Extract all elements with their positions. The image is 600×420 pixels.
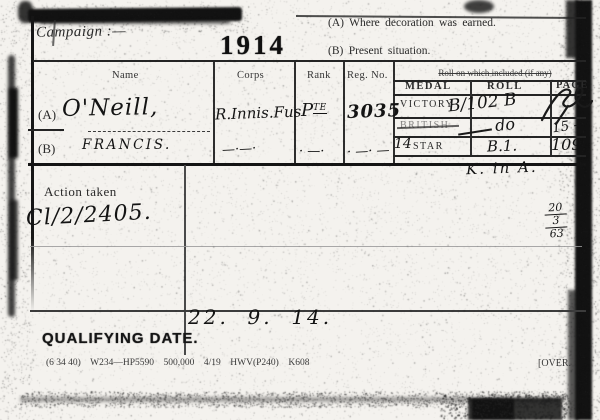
bottom-right-blot-core [472,399,514,419]
qualifying-date-value: 22. 9. 14. [188,305,332,329]
decoration-earned-note: (A) Where decoration was earned. [328,17,496,29]
col-header-name: Name [112,70,139,81]
table-top-rule [33,60,586,62]
star-medal-label: STAR [413,141,444,152]
col-header-corps: Corps [237,70,264,81]
reg-no-value: 3035 [347,100,402,123]
col-header-reg-no: Reg. No. [347,70,388,81]
surname-value: O'Neill, [62,94,159,122]
star-page-value: 109. [551,135,587,154]
rank-value: PTE [301,100,327,121]
torn-left-edge-dark [9,88,18,158]
row-b-rank-ditto: · —· [299,144,324,159]
row-b-corps-ditto: —·—· [222,141,257,158]
row-b-reg-ditto: · —· — [347,143,390,160]
british-roll-ditto: do [494,114,516,135]
corps-value: R.Innis.Fus [215,102,302,123]
torn-right-edge-bump-top [566,0,578,58]
victory-medal-label: VICTORY [400,99,454,110]
medal-roll-divider [470,81,472,155]
row-a-label: (A) [38,107,56,123]
rank-initial: P [301,100,313,121]
torn-left-edge-mid [10,200,18,280]
medal-col-header: MEDAL [405,81,452,92]
over-note: [OVER. [538,358,571,369]
action-section-divider [184,165,186,355]
action-writing-line [30,246,582,247]
print-code: (6 34 40) W234—HP5590 500,000 4/19 HWV(P… [46,358,309,368]
campaign-label: Campaign :— [36,23,126,42]
action-taken-label: Action taken [44,184,117,200]
side-ref-bottom: 63 [545,227,568,240]
british-roll-flourish [458,128,492,135]
present-situation-note: (B) Present situation. [328,45,430,57]
scribble-mark [538,80,594,128]
action-reference-value: Cl/2/2405. [25,200,152,232]
killed-in-action-note: K. in A. [466,158,538,178]
rank-superscript: TE [313,103,327,114]
roll-included-header: Roll on which included (if any) [402,68,588,78]
star-roll-value: B.1. [487,136,518,155]
col-header-rank: Rank [307,70,331,81]
forename-value: Francis. [82,137,172,153]
qualifying-date-label: QUALIFYING DATE. [42,330,199,347]
row-a-label-rule [28,129,64,131]
top-right-smudge [464,0,494,13]
star-prefix-hw: 14 [394,136,412,152]
side-reference-stack: 20 3 63 [544,201,568,240]
medal-index-card: Campaign :— 1914 (A) Where decoration wa… [0,0,600,420]
col-divider-rank-reg [343,62,345,164]
row-b-label: (B) [38,141,55,157]
row-a-writing-line [88,131,210,132]
campaign-year: 1914 [220,30,286,61]
